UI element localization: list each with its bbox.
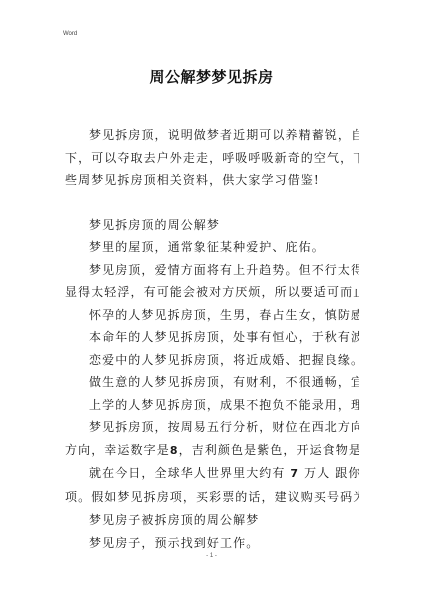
paragraph-line: 梦见拆房顶，说明做梦者近期可以养精蓄锐，自己要稍做休息一 [65, 124, 359, 147]
lucky-number: 8 [170, 444, 179, 457]
paragraph-line: 梦见拆房顶，按周易五行分析，财位在西北方向，桃花位在正西 [65, 416, 359, 439]
paragraph-line: 显得太轻浮，有可能会被对方厌烦，所以要适可而止。 [65, 281, 359, 304]
document-body: 梦见拆房顶，说明做梦者近期可以养精蓄锐，自己要稍做休息一 下，可以夺取去户外走走… [65, 124, 359, 554]
header-label: Word [63, 31, 77, 37]
paragraph-line: 上学的人梦见拆房顶，成果不抱负不能录用，理科方面多下功夫。 [65, 394, 359, 417]
paragraph-line: 梦里的屋顶，通常象征某种爱护、庇佑。 [65, 236, 359, 259]
spacer [65, 192, 359, 214]
paragraph-line: 些周梦见拆房顶相关资料，供大家学习借鉴! [65, 169, 359, 192]
paragraph-line: 做生意的人梦见拆房顶，有财利，不很通畅，宜做木业，可赚钱。 [65, 371, 359, 394]
line-text: 万人 跟你一样也梦见拆房 [299, 466, 359, 480]
paragraph-line: 项。假如梦见拆房项，买彩票的话，建议购买号码为 33。 [65, 486, 359, 510]
section-heading: 梦见拆房顶的周公解梦 [65, 214, 359, 237]
line-text: 方向，幸运数字是 [65, 443, 170, 457]
document-title: 周公解梦梦见拆房 [0, 66, 423, 87]
page-number: - 1 - [0, 553, 423, 559]
paragraph-line: 梦见房子，预示找到好工作。 [65, 532, 359, 555]
paragraph-line: 就在今日，全球华人世界里大约有 7 万人 跟你一样也梦见拆房 [65, 462, 359, 486]
people-count: 7 [290, 467, 299, 480]
line-text: 就在今日，全球华人世界里大约有 [89, 466, 290, 480]
paragraph-line: 怀孕的人梦见拆房顶，生男，春占生女，慎防感冒伤风。 [65, 304, 359, 327]
line-text: 项。假如梦见拆房项，买彩票的话，建议购买号码为 [65, 490, 359, 504]
paragraph-line: 本命年的人梦见拆房顶，处事有恒心，于秋有波折，年终有丰收。 [65, 326, 359, 349]
line-text: ，吉利颜色是紫色，开运食物是鸡汤。 [179, 443, 359, 457]
paragraph-line: 方向，幸运数字是8，吉利颜色是紫色，开运食物是鸡汤。 [65, 439, 359, 463]
paragraph-line: 恋爱中的人梦见拆房顶，将近成婚、把握良缘。 [65, 349, 359, 372]
paragraph-line: 下，可以夺取去户外走走，呼吸呼吸新奇的空气，下面收集整理了一 [65, 147, 359, 170]
section-heading: 梦见房子被拆房顶的周公解梦 [65, 509, 359, 532]
paragraph-line: 梦见房顶，爱情方面将有上升趋势。但不行太得意忘形，这样会 [65, 259, 359, 282]
